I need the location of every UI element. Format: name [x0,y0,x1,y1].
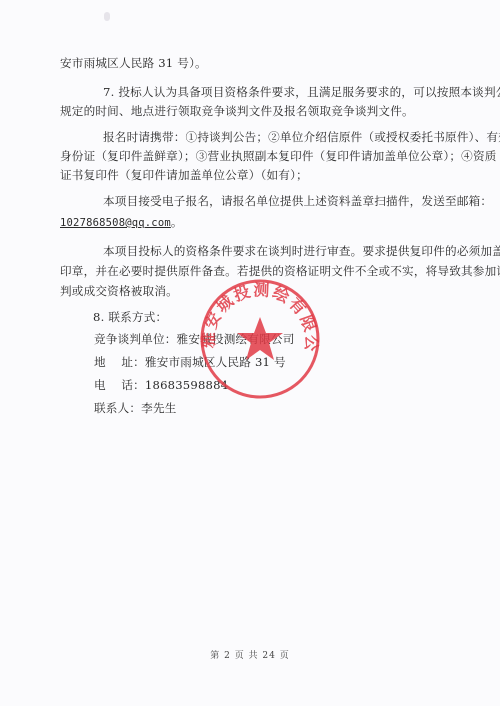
document-page: 安市雨城区人民路 31 号）。 7. 投标人认为具备项目资格条件要求，且满足服务… [0,0,500,706]
paragraph-line: 判或成交资格被取消。 [60,284,178,298]
section-heading: 8. 联系方式： [93,310,167,324]
paragraph-line: 本项目接受电子报名，请报名单位提供上述资料盖章扫描件，发送至邮箱： [103,194,492,208]
paragraph-line: 7. 投标人认为具备项目资格条件要求，且满足服务要求的，可以按照本谈判公告 [103,85,500,99]
paragraph-line: 规定的时间、地点进行领取竞争谈判文件及报名领取竞争谈判文件。 [60,104,414,118]
page-number: 第 2 页 共 24 页 [0,648,500,661]
contact-person: 联系人：李先生 [94,401,177,415]
company-seal-stamp: 雅安城投测绘有限公司 [198,277,322,401]
email-link[interactable]: 1027868508@qq.com [60,217,171,229]
scan-mark [104,12,110,21]
paragraph-line: 身份证（复印件盖鲜章）；③营业执照副本复印件（复印件请加盖单位公章）；④资质 [60,149,497,163]
email-line: 1027868508@qq.com。 [60,215,183,230]
paragraph-line: 安市雨城区人民路 31 号）。 [60,56,207,70]
paragraph-line: 印章，并在必要时提供原件备查。若提供的资格证明文件不全或不实，将导致其参加谈 [60,264,500,278]
paragraph-line: 证书复印件（复印件请加盖单位公章）（如有）； [60,168,308,182]
paragraph-line: 本项目投标人的资格条件要求在谈判时进行审查。要求提供复印件的必须加盖单位 [103,244,500,258]
paragraph-line: 报名时请携带：①持谈判公告；②单位介绍信原件（或授权委托书原件）、有效 [103,130,500,144]
punctuation: 。 [171,215,183,229]
